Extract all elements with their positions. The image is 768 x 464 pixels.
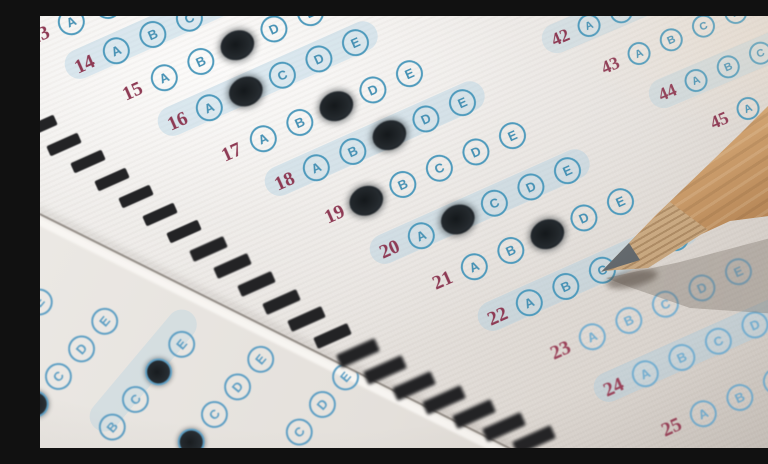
scantron-answer-sheet-photo: 13ABCDE14ABCDE15ABCDE16ABCDE17ABCDE18ABC… (40, 16, 768, 448)
photo-vignette (40, 16, 768, 448)
